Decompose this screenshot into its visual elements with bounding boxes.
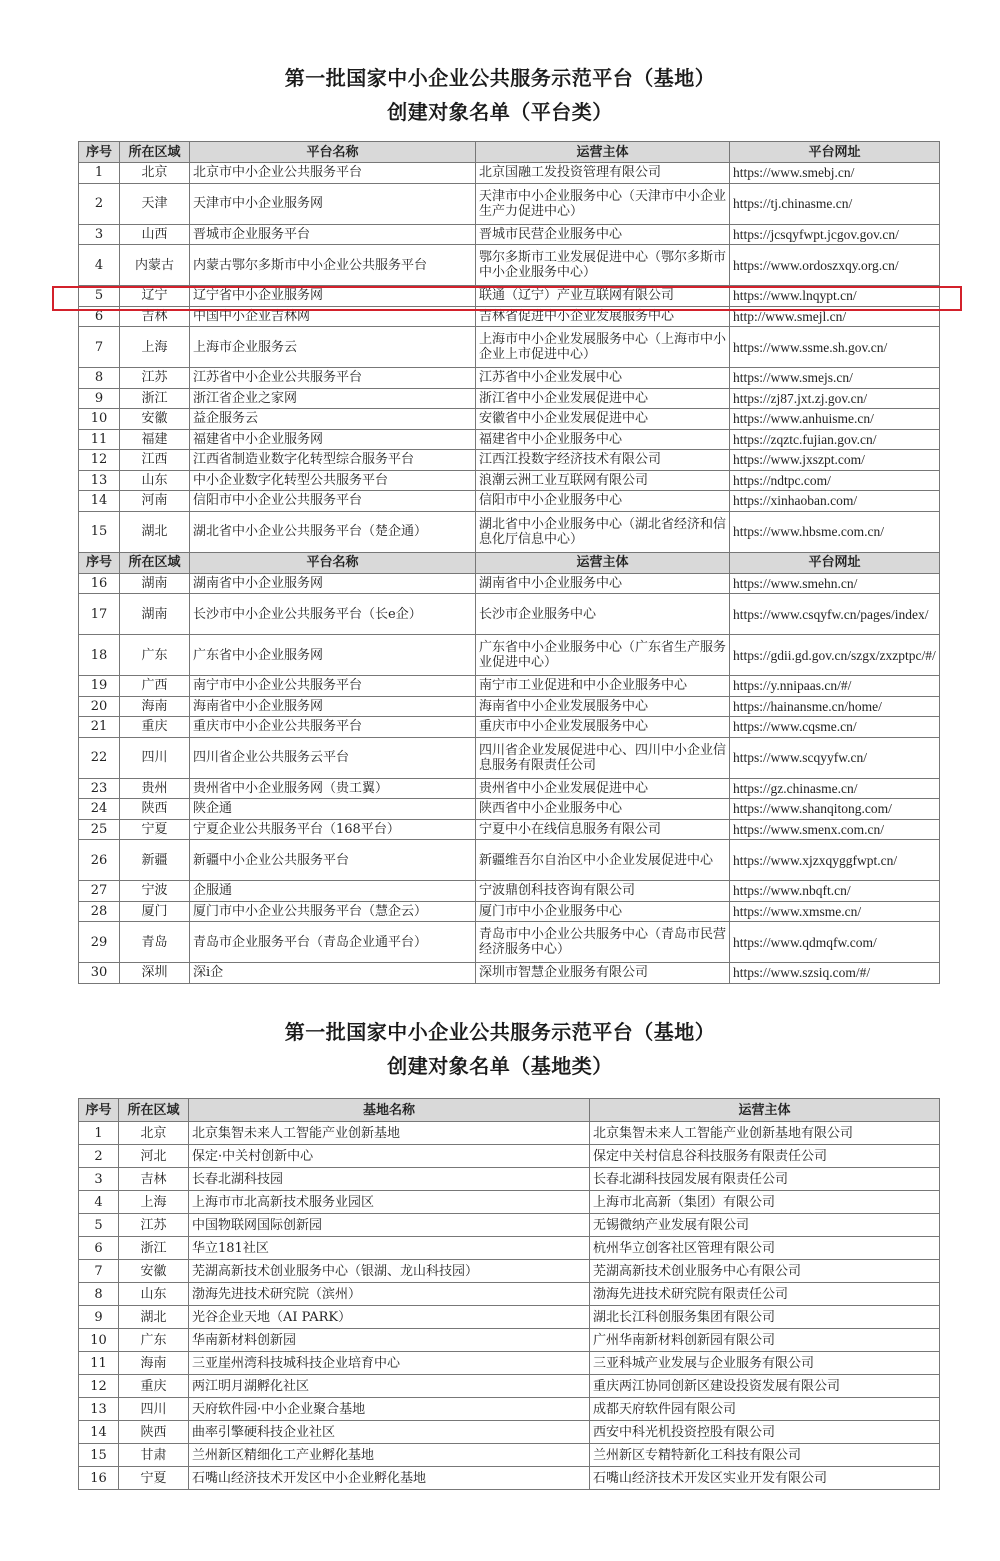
- row-number: 7: [79, 327, 120, 368]
- operator-cell: 重庆市中小企业发展服务中心: [476, 717, 730, 738]
- row-number: 25: [79, 819, 120, 840]
- table-row: 7安徽芜湖高新技术创业服务中心（银湖、龙山科技园）芜湖高新技术创业服务中心有限公…: [79, 1260, 940, 1283]
- operator-cell: 三亚科城产业发展与企业服务有限公司: [590, 1352, 940, 1375]
- table-row: 10安徽益企服务云安徽省中小企业发展促进中心https://www.anhuis…: [79, 409, 940, 430]
- platform-name-cell: 贵州省中小企业服务网（贵工翼）: [190, 778, 476, 799]
- region-cell: 四川: [120, 737, 190, 778]
- operator-cell: 长沙市企业服务中心: [476, 594, 730, 635]
- operator-cell: 江苏省中小企业发展中心: [476, 368, 730, 389]
- region-cell: 湖北: [120, 511, 190, 552]
- table-row: 18广东广东省中小企业服务网广东省中小企业服务中心（广东省生产服务业促进中心）h…: [79, 635, 940, 676]
- row-number: 9: [79, 388, 120, 409]
- column-header: 运营主体: [476, 552, 730, 573]
- table-row: 9湖北光谷企业天地（AI PARK）湖北长江科创服务集团有限公司: [79, 1306, 940, 1329]
- region-cell: 贵州: [120, 778, 190, 799]
- row-number: 26: [79, 840, 120, 881]
- platform-name-cell: 上海市企业服务云: [190, 327, 476, 368]
- row-number: 6: [79, 1237, 119, 1260]
- base-name-cell: 华南新材料创新园: [189, 1329, 590, 1352]
- table-row: 1北京北京集智未来人工智能产业创新基地北京集智未来人工智能产业创新基地有限公司: [79, 1122, 940, 1145]
- region-cell: 辽宁: [120, 286, 190, 307]
- table-row: 25宁夏宁夏企业公共服务平台（168平台）宁夏中小在线信息服务有限公司https…: [79, 819, 940, 840]
- operator-cell: 上海市中小企业发展服务中心（上海市中小企业上市促进中心）: [476, 327, 730, 368]
- platform-name-cell: 海南省中小企业服务网: [190, 696, 476, 717]
- base-name-cell: 天府软件园·中小企业聚合基地: [189, 1398, 590, 1421]
- row-number: 21: [79, 717, 120, 738]
- table-row: 7上海上海市企业服务云上海市中小企业发展服务中心（上海市中小企业上市促进中心）h…: [79, 327, 940, 368]
- table-row: 6浙江华立181社区杭州华立创客社区管理有限公司: [79, 1237, 940, 1260]
- column-header: 基地名称: [189, 1099, 590, 1122]
- row-number: 15: [79, 1444, 119, 1467]
- row-number: 10: [79, 1329, 119, 1352]
- operator-cell: 天津市中小企业服务中心（天津市中小企业生产力促进中心）: [476, 183, 730, 224]
- platform-name-cell: 陕企通: [190, 799, 476, 820]
- region-cell: 宁夏: [120, 819, 190, 840]
- url-cell[interactable]: https://ndtpc.com/: [730, 470, 940, 491]
- region-cell: 宁波: [120, 881, 190, 902]
- region-cell: 河北: [119, 1145, 189, 1168]
- operator-cell: 南宁市工业促进和中小企业服务中心: [476, 676, 730, 697]
- platform-name-cell: 长沙市中小企业公共服务平台（长e企）: [190, 594, 476, 635]
- url-cell[interactable]: https://zj87.jxt.zj.gov.cn/: [730, 388, 940, 409]
- column-header: 平台名称: [190, 142, 476, 163]
- platform-table: 序号所在区域平台名称运营主体平台网址1北京北京市中小企业公共服务平台北京国融工发…: [78, 141, 940, 984]
- base-title-line2: 创建对象名单（基地类）: [0, 1050, 1000, 1079]
- url-cell[interactable]: https://www.ssme.sh.gov.cn/: [730, 327, 940, 368]
- row-number: 1: [79, 163, 120, 184]
- url-cell[interactable]: https://www.smenx.com.cn/: [730, 819, 940, 840]
- row-number: 5: [79, 1214, 119, 1237]
- region-cell: 厦门: [120, 901, 190, 922]
- row-number: 12: [79, 1375, 119, 1398]
- platform-name-cell: 中小企业数字化转型公共服务平台: [190, 470, 476, 491]
- base-name-cell: 华立181社区: [189, 1237, 590, 1260]
- platform-name-cell: 重庆市中小企业公共服务平台: [190, 717, 476, 738]
- url-cell[interactable]: https://www.smejs.cn/: [730, 368, 940, 389]
- region-cell: 重庆: [120, 717, 190, 738]
- operator-cell: 厦门市中小企业服务中心: [476, 901, 730, 922]
- row-number: 2: [79, 183, 120, 224]
- region-cell: 甘肃: [119, 1444, 189, 1467]
- platform-name-cell: 北京市中小企业公共服务平台: [190, 163, 476, 184]
- url-cell[interactable]: http://www.smejl.cn/: [730, 306, 940, 327]
- row-number: 16: [79, 573, 120, 594]
- operator-cell: 深圳市智慧企业服务有限公司: [476, 963, 730, 984]
- region-cell: 安徽: [119, 1260, 189, 1283]
- table-row: 24陕西陕企通陕西省中小企业服务中心https://www.shanqitong…: [79, 799, 940, 820]
- region-cell: 北京: [120, 163, 190, 184]
- base-name-cell: 长春北湖科技园: [189, 1168, 590, 1191]
- row-number: 7: [79, 1260, 119, 1283]
- operator-cell: 鄂尔多斯市工业发展促进中心（鄂尔多斯市中小企业服务中心）: [476, 245, 730, 286]
- table-header-row: 序号所在区域平台名称运营主体平台网址: [79, 142, 940, 163]
- row-number: 1: [79, 1122, 119, 1145]
- table-row: 15甘肃兰州新区精细化工产业孵化基地兰州新区专精特新化工科技有限公司: [79, 1444, 940, 1467]
- table-header-row: 序号所在区域基地名称运营主体: [79, 1099, 940, 1122]
- url-cell[interactable]: https://www.scqyyfw.cn/: [730, 737, 940, 778]
- operator-cell: 晋城市民营企业服务中心: [476, 224, 730, 245]
- table-row: 16湖南湖南省中小企业服务网湖南省中小企业服务中心https://www.sme…: [79, 573, 940, 594]
- url-cell[interactable]: https://www.qdmqfw.com/: [730, 922, 940, 963]
- region-cell: 湖南: [120, 573, 190, 594]
- operator-cell: 浪潮云洲工业互联网有限公司: [476, 470, 730, 491]
- platform-name-cell: 厦门市中小企业公共服务平台（慧企云）: [190, 901, 476, 922]
- url-cell[interactable]: https://www.smehn.cn/: [730, 573, 940, 594]
- table-row: 30深圳深i企深圳市智慧企业服务有限公司https://www.szsiq.co…: [79, 963, 940, 984]
- column-header: 运营主体: [476, 142, 730, 163]
- operator-cell: 长春北湖科技园发展有限责任公司: [590, 1168, 940, 1191]
- region-cell: 海南: [120, 696, 190, 717]
- row-number: 17: [79, 594, 120, 635]
- row-number: 23: [79, 778, 120, 799]
- region-cell: 湖南: [120, 594, 190, 635]
- row-number: 11: [79, 1352, 119, 1375]
- operator-cell: 浙江省中小企业发展促进中心: [476, 388, 730, 409]
- row-number: 15: [79, 511, 120, 552]
- operator-cell: 信阳市中小企业服务中心: [476, 491, 730, 512]
- table-row: 6吉林中国中小企业吉林网吉林省促进中小企业发展服务中心http://www.sm…: [79, 306, 940, 327]
- region-cell: 山东: [120, 470, 190, 491]
- row-number: 8: [79, 368, 120, 389]
- base-title-line1: 第一批国家中小企业公共服务示范平台（基地）: [0, 1016, 1000, 1045]
- table-row: 3山西晋城市企业服务平台晋城市民营企业服务中心https://jcsqyfwpt…: [79, 224, 940, 245]
- row-number: 28: [79, 901, 120, 922]
- base-name-cell: 三亚崖州湾科技城科技企业培育中心: [189, 1352, 590, 1375]
- operator-cell: 芜湖高新技术创业服务中心有限公司: [590, 1260, 940, 1283]
- region-cell: 湖北: [119, 1306, 189, 1329]
- operator-cell: 北京集智未来人工智能产业创新基地有限公司: [590, 1122, 940, 1145]
- row-number: 5: [79, 286, 120, 307]
- operator-cell: 宁夏中小在线信息服务有限公司: [476, 819, 730, 840]
- base-name-cell: 光谷企业天地（AI PARK）: [189, 1306, 590, 1329]
- table-row: 11福建福建省中小企业服务网福建省中小企业服务中心https://zqztc.f…: [79, 429, 940, 450]
- operator-cell: 保定中关村信息谷科技服务有限责任公司: [590, 1145, 940, 1168]
- table-row: 13四川天府软件园·中小企业聚合基地成都天府软件园有限公司: [79, 1398, 940, 1421]
- url-cell[interactable]: https://www.shanqitong.com/: [730, 799, 940, 820]
- operator-cell: 兰州新区专精特新化工科技有限公司: [590, 1444, 940, 1467]
- table-row: 3吉林长春北湖科技园长春北湖科技园发展有限责任公司: [79, 1168, 940, 1191]
- region-cell: 北京: [119, 1122, 189, 1145]
- region-cell: 广东: [120, 635, 190, 676]
- base-name-cell: 渤海先进技术研究院（滨州）: [189, 1283, 590, 1306]
- platform-name-cell: 江苏省中小企业公共服务平台: [190, 368, 476, 389]
- operator-cell: 渤海先进技术研究院有限责任公司: [590, 1283, 940, 1306]
- table-row: 1北京北京市中小企业公共服务平台北京国融工发投资管理有限公司https://ww…: [79, 163, 940, 184]
- table-row: 12重庆两江明月湖孵化社区重庆两江协同创新区建设投资发展有限公司: [79, 1375, 940, 1398]
- column-header: 所在区域: [120, 552, 190, 573]
- region-cell: 陕西: [119, 1421, 189, 1444]
- operator-cell: 湖北省中小企业服务中心（湖北省经济和信息化厅信息中心）: [476, 511, 730, 552]
- operator-cell: 北京国融工发投资管理有限公司: [476, 163, 730, 184]
- region-cell: 四川: [119, 1398, 189, 1421]
- platform-name-cell: 福建省中小企业服务网: [190, 429, 476, 450]
- table-row: 23贵州贵州省中小企业服务网（贵工翼）贵州省中小企业发展促进中心https://…: [79, 778, 940, 799]
- table-row: 26新疆新疆中小企业公共服务平台新疆维吾尔自治区中小企业发展促进中心https:…: [79, 840, 940, 881]
- table-row: 12江西江西省制造业数字化转型综合服务平台江西江投数字经济技术有限公司https…: [79, 450, 940, 471]
- url-cell[interactable]: https://tj.chinasme.cn/: [730, 183, 940, 224]
- platform-title-line2: 创建对象名单（平台类）: [0, 96, 1000, 125]
- url-cell[interactable]: https://y.nnipaas.cn/#/: [730, 676, 940, 697]
- region-cell: 上海: [120, 327, 190, 368]
- url-cell[interactable]: https://www.hbsme.com.cn/: [730, 511, 940, 552]
- table-row: 5辽宁辽宁省中小企业服务网联通（辽宁）产业互联网有限公司https://www.…: [79, 286, 940, 307]
- table-row: 2河北保定·中关村创新中心保定中关村信息谷科技服务有限责任公司: [79, 1145, 940, 1168]
- url-cell[interactable]: https://www.anhuisme.cn/: [730, 409, 940, 430]
- table-row: 17湖南长沙市中小企业公共服务平台（长e企）长沙市企业服务中心https://w…: [79, 594, 940, 635]
- row-number: 3: [79, 224, 120, 245]
- row-number: 4: [79, 245, 120, 286]
- region-cell: 浙江: [120, 388, 190, 409]
- platform-name-cell: 中国中小企业吉林网: [190, 306, 476, 327]
- table-row: 4内蒙古内蒙古鄂尔多斯市中小企业公共服务平台鄂尔多斯市工业发展促进中心（鄂尔多斯…: [79, 245, 940, 286]
- operator-cell: 贵州省中小企业发展促进中心: [476, 778, 730, 799]
- operator-cell: 四川省企业发展促进中心、四川中小企业信息服务有限责任公司: [476, 737, 730, 778]
- row-number: 22: [79, 737, 120, 778]
- region-cell: 吉林: [120, 306, 190, 327]
- region-cell: 江苏: [119, 1214, 189, 1237]
- platform-name-cell: 湖南省中小企业服务网: [190, 573, 476, 594]
- row-number: 20: [79, 696, 120, 717]
- table-row: 19广西南宁市中小企业公共服务平台南宁市工业促进和中小企业服务中心https:/…: [79, 676, 940, 697]
- row-number: 14: [79, 1421, 119, 1444]
- table-row: 14河南信阳市中小企业公共服务平台信阳市中小企业服务中心https://xinh…: [79, 491, 940, 512]
- operator-cell: 西安中科光机投资控股有限公司: [590, 1421, 940, 1444]
- table-row: 2天津天津市中小企业服务网天津市中小企业服务中心（天津市中小企业生产力促进中心）…: [79, 183, 940, 224]
- column-header: 所在区域: [120, 142, 190, 163]
- operator-cell: 无锡微纳产业发展有限公司: [590, 1214, 940, 1237]
- base-name-cell: 两江明月湖孵化社区: [189, 1375, 590, 1398]
- column-header: 平台网址: [730, 142, 940, 163]
- region-cell: 深圳: [120, 963, 190, 984]
- url-cell[interactable]: https://www.smebj.cn/: [730, 163, 940, 184]
- base-name-cell: 曲率引擎硬科技企业社区: [189, 1421, 590, 1444]
- operator-cell: 新疆维吾尔自治区中小企业发展促进中心: [476, 840, 730, 881]
- region-cell: 内蒙古: [120, 245, 190, 286]
- row-number: 8: [79, 1283, 119, 1306]
- url-cell[interactable]: https://gdii.gd.gov.cn/szgx/zxzptpc/#/: [730, 635, 940, 676]
- region-cell: 海南: [119, 1352, 189, 1375]
- operator-cell: 湖南省中小企业服务中心: [476, 573, 730, 594]
- operator-cell: 江西江投数字经济技术有限公司: [476, 450, 730, 471]
- row-number: 27: [79, 881, 120, 902]
- url-cell[interactable]: https://www.lnqypt.cn/: [730, 286, 940, 307]
- region-cell: 广西: [120, 676, 190, 697]
- region-cell: 上海: [119, 1191, 189, 1214]
- base-name-cell: 兰州新区精细化工产业孵化基地: [189, 1444, 590, 1467]
- url-cell[interactable]: https://www.jxszpt.com/: [730, 450, 940, 471]
- row-number: 6: [79, 306, 120, 327]
- table-row: 14陕西曲率引擎硬科技企业社区西安中科光机投资控股有限公司: [79, 1421, 940, 1444]
- table-row: 8山东渤海先进技术研究院（滨州）渤海先进技术研究院有限责任公司: [79, 1283, 940, 1306]
- row-number: 4: [79, 1191, 119, 1214]
- platform-name-cell: 信阳市中小企业公共服务平台: [190, 491, 476, 512]
- base-name-cell: 保定·中关村创新中心: [189, 1145, 590, 1168]
- operator-cell: 陕西省中小企业服务中心: [476, 799, 730, 820]
- url-cell[interactable]: https://jcsqyfwpt.jcgov.gov.cn/: [730, 224, 940, 245]
- operator-cell: 安徽省中小企业发展促进中心: [476, 409, 730, 430]
- platform-name-cell: 广东省中小企业服务网: [190, 635, 476, 676]
- operator-cell: 成都天府软件园有限公司: [590, 1398, 940, 1421]
- table-row: 29青岛青岛市企业服务平台（青岛企业通平台）青岛市中小企业公共服务中心（青岛市民…: [79, 922, 940, 963]
- table-row: 15湖北湖北省中小企业公共服务平台（楚企通）湖北省中小企业服务中心（湖北省经济和…: [79, 511, 940, 552]
- operator-cell: 福建省中小企业服务中心: [476, 429, 730, 450]
- region-cell: 江西: [120, 450, 190, 471]
- table-row: 9浙江浙江省企业之家网浙江省中小企业发展促进中心https://zj87.jxt…: [79, 388, 940, 409]
- platform-name-cell: 南宁市中小企业公共服务平台: [190, 676, 476, 697]
- operator-cell: 海南省中小企业发展服务中心: [476, 696, 730, 717]
- url-cell[interactable]: https://www.nbqft.cn/: [730, 881, 940, 902]
- platform-name-cell: 深i企: [190, 963, 476, 984]
- row-number: 3: [79, 1168, 119, 1191]
- base-name-cell: 中国物联网国际创新园: [189, 1214, 590, 1237]
- table-row: 10广东华南新材料创新园广州华南新材料创新园有限公司: [79, 1329, 940, 1352]
- row-number: 13: [79, 470, 120, 491]
- table-row: 8江苏江苏省中小企业公共服务平台江苏省中小企业发展中心https://www.s…: [79, 368, 940, 389]
- region-cell: 安徽: [120, 409, 190, 430]
- url-cell[interactable]: https://www.cqsme.cn/: [730, 717, 940, 738]
- region-cell: 河南: [120, 491, 190, 512]
- platform-name-cell: 青岛市企业服务平台（青岛企业通平台）: [190, 922, 476, 963]
- platform-name-cell: 浙江省企业之家网: [190, 388, 476, 409]
- row-number: 16: [79, 1467, 119, 1490]
- base-name-cell: 上海市市北高新技术服务业园区: [189, 1191, 590, 1214]
- platform-name-cell: 宁夏企业公共服务平台（168平台）: [190, 819, 476, 840]
- base-name-cell: 芜湖高新技术创业服务中心（银湖、龙山科技园）: [189, 1260, 590, 1283]
- url-cell[interactable]: https://hainansme.cn/home/: [730, 696, 940, 717]
- operator-cell: 上海市北高新（集团）有限公司: [590, 1191, 940, 1214]
- table-row: 13山东中小企业数字化转型公共服务平台浪潮云洲工业互联网有限公司https://…: [79, 470, 940, 491]
- row-number: 30: [79, 963, 120, 984]
- table-row: 21重庆重庆市中小企业公共服务平台重庆市中小企业发展服务中心https://ww…: [79, 717, 940, 738]
- region-cell: 福建: [120, 429, 190, 450]
- column-header: 平台网址: [730, 552, 940, 573]
- url-cell[interactable]: https://www.szsiq.com/#/: [730, 963, 940, 984]
- operator-cell: 青岛市中小企业公共服务中心（青岛市民营经济服务中心）: [476, 922, 730, 963]
- platform-name-cell: 新疆中小企业公共服务平台: [190, 840, 476, 881]
- table-row: 22四川四川省企业公共服务云平台四川省企业发展促进中心、四川中小企业信息服务有限…: [79, 737, 940, 778]
- base-name-cell: 北京集智未来人工智能产业创新基地: [189, 1122, 590, 1145]
- table-row: 11海南三亚崖州湾科技城科技企业培育中心三亚科城产业发展与企业服务有限公司: [79, 1352, 940, 1375]
- row-number: 9: [79, 1306, 119, 1329]
- row-number: 18: [79, 635, 120, 676]
- region-cell: 重庆: [119, 1375, 189, 1398]
- row-number: 11: [79, 429, 120, 450]
- region-cell: 广东: [119, 1329, 189, 1352]
- row-number: 13: [79, 1398, 119, 1421]
- table-header-row: 序号所在区域平台名称运营主体平台网址: [79, 552, 940, 573]
- column-header: 所在区域: [119, 1099, 189, 1122]
- url-cell[interactable]: https://zqztc.fujian.gov.cn/: [730, 429, 940, 450]
- platform-name-cell: 湖北省中小企业公共服务平台（楚企通）: [190, 511, 476, 552]
- column-header: 序号: [79, 552, 120, 573]
- row-number: 2: [79, 1145, 119, 1168]
- platform-name-cell: 辽宁省中小企业服务网: [190, 286, 476, 307]
- row-number: 29: [79, 922, 120, 963]
- table-row: 16宁夏石嘴山经济技术开发区中小企业孵化基地石嘴山经济技术开发区实业开发有限公司: [79, 1467, 940, 1490]
- operator-cell: 湖北长江科创服务集团有限公司: [590, 1306, 940, 1329]
- row-number: 24: [79, 799, 120, 820]
- platform-name-cell: 内蒙古鄂尔多斯市中小企业公共服务平台: [190, 245, 476, 286]
- platform-name-cell: 企服通: [190, 881, 476, 902]
- region-cell: 山西: [120, 224, 190, 245]
- url-cell[interactable]: https://www.ordoszxqy.org.cn/: [730, 245, 940, 286]
- table-row: 20海南海南省中小企业服务网海南省中小企业发展服务中心https://haina…: [79, 696, 940, 717]
- platform-name-cell: 江西省制造业数字化转型综合服务平台: [190, 450, 476, 471]
- platform-name-cell: 四川省企业公共服务云平台: [190, 737, 476, 778]
- region-cell: 青岛: [120, 922, 190, 963]
- operator-cell: 重庆两江协同创新区建设投资发展有限公司: [590, 1375, 940, 1398]
- base-name-cell: 石嘴山经济技术开发区中小企业孵化基地: [189, 1467, 590, 1490]
- column-header: 序号: [79, 1099, 119, 1122]
- region-cell: 陕西: [120, 799, 190, 820]
- region-cell: 宁夏: [119, 1467, 189, 1490]
- region-cell: 吉林: [119, 1168, 189, 1191]
- operator-cell: 联通（辽宁）产业互联网有限公司: [476, 286, 730, 307]
- column-header: 运营主体: [590, 1099, 940, 1122]
- region-cell: 江苏: [120, 368, 190, 389]
- operator-cell: 石嘴山经济技术开发区实业开发有限公司: [590, 1467, 940, 1490]
- operator-cell: 广东省中小企业服务中心（广东省生产服务业促进中心）: [476, 635, 730, 676]
- url-cell[interactable]: https://www.csqyfw.cn/pages/index/: [730, 594, 940, 635]
- base-table: 序号所在区域基地名称运营主体1北京北京集智未来人工智能产业创新基地北京集智未来人…: [78, 1098, 940, 1490]
- region-cell: 山东: [119, 1283, 189, 1306]
- operator-cell: 宁波鼎创科技咨询有限公司: [476, 881, 730, 902]
- platform-name-cell: 天津市中小企业服务网: [190, 183, 476, 224]
- row-number: 14: [79, 491, 120, 512]
- row-number: 10: [79, 409, 120, 430]
- region-cell: 天津: [120, 183, 190, 224]
- table-row: 5江苏中国物联网国际创新园无锡微纳产业发展有限公司: [79, 1214, 940, 1237]
- operator-cell: 吉林省促进中小企业发展服务中心: [476, 306, 730, 327]
- table-row: 28厦门厦门市中小企业公共服务平台（慧企云）厦门市中小企业服务中心https:/…: [79, 901, 940, 922]
- table-row: 4上海上海市市北高新技术服务业园区上海市北高新（集团）有限公司: [79, 1191, 940, 1214]
- region-cell: 浙江: [119, 1237, 189, 1260]
- table-row: 27宁波企服通宁波鼎创科技咨询有限公司https://www.nbqft.cn/: [79, 881, 940, 902]
- platform-name-cell: 晋城市企业服务平台: [190, 224, 476, 245]
- column-header: 序号: [79, 142, 120, 163]
- column-header: 平台名称: [190, 552, 476, 573]
- url-cell[interactable]: https://www.xmsme.cn/: [730, 901, 940, 922]
- row-number: 19: [79, 676, 120, 697]
- platform-name-cell: 益企服务云: [190, 409, 476, 430]
- region-cell: 新疆: [120, 840, 190, 881]
- platform-title-line1: 第一批国家中小企业公共服务示范平台（基地）: [0, 62, 1000, 91]
- url-cell[interactable]: https://gz.chinasme.cn/: [730, 778, 940, 799]
- url-cell[interactable]: https://xinhaoban.com/: [730, 491, 940, 512]
- operator-cell: 广州华南新材料创新园有限公司: [590, 1329, 940, 1352]
- url-cell[interactable]: https://www.xjzxqyggfwpt.cn/: [730, 840, 940, 881]
- operator-cell: 杭州华立创客社区管理有限公司: [590, 1237, 940, 1260]
- row-number: 12: [79, 450, 120, 471]
